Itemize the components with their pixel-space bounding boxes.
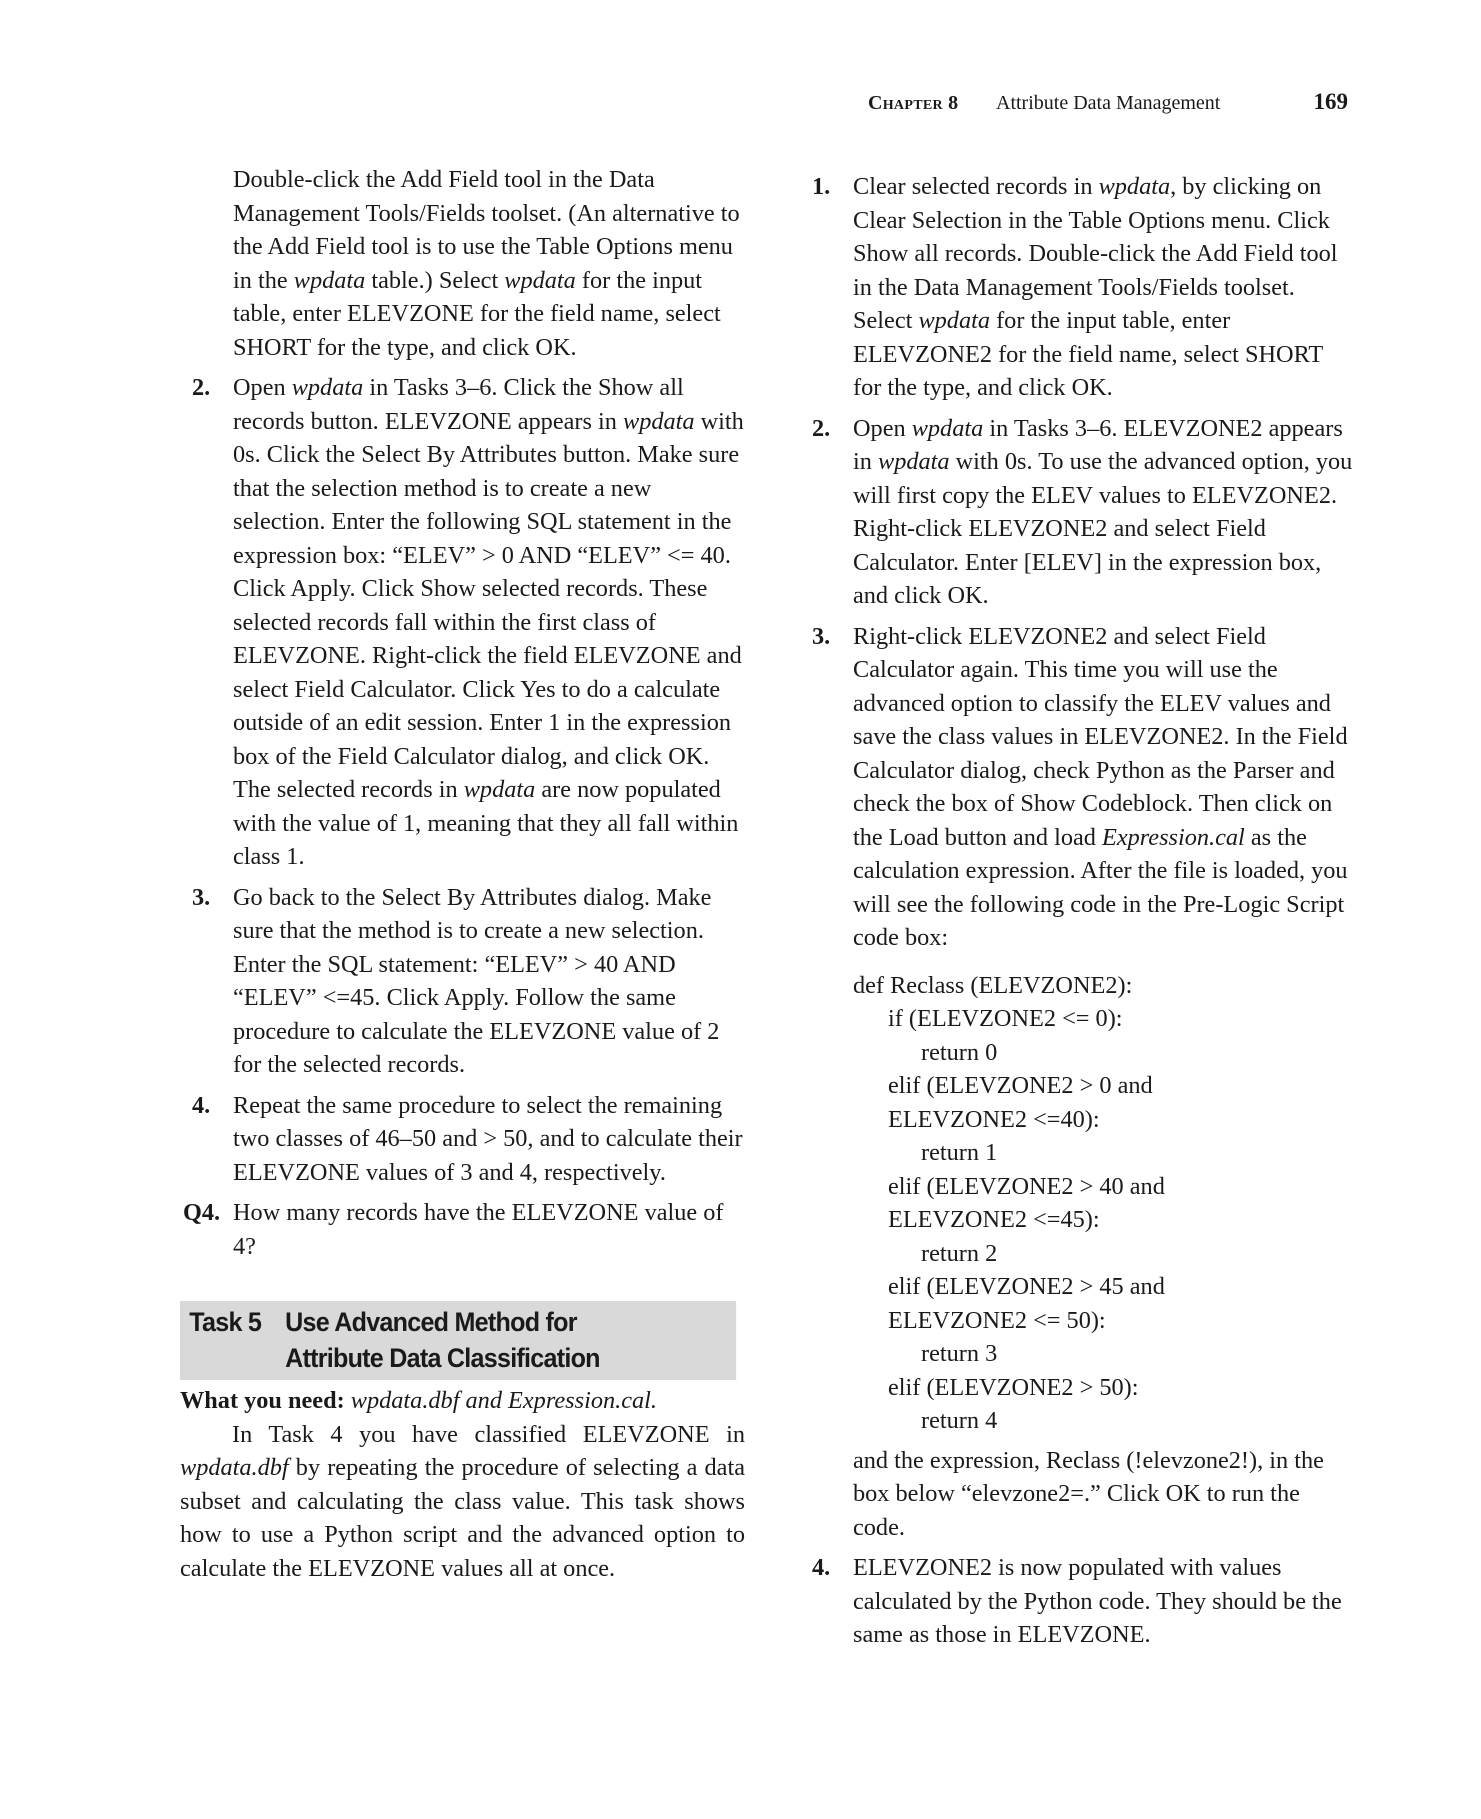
code-line: return 1 <box>853 1136 1355 1170</box>
step-text: How many records have the ELEVZONE value… <box>233 1196 745 1263</box>
step-number: 1. <box>812 170 830 204</box>
step-text: Clear selected records in wpdata, by cli… <box>853 170 1355 405</box>
step-number: 4. <box>812 1551 830 1585</box>
step-text: Open wpdata in Tasks 3–6. Click the Show… <box>233 371 745 874</box>
task-title-line-2: Attribute Data Classification <box>189 1340 728 1376</box>
code-line: return 0 <box>853 1036 1355 1070</box>
step-number: Q4. <box>183 1196 220 1230</box>
right-step-4: 4. ELEVZONE2 is now populated with value… <box>800 1551 1355 1652</box>
left-steps-list: 2.Open wpdata in Tasks 3–6. Click the Sh… <box>180 371 745 1263</box>
code-line: elif (ELEVZONE2 > 45 and <box>853 1270 1355 1304</box>
code-line: elif (ELEVZONE2 > 50): <box>853 1371 1355 1405</box>
step-text: Go back to the Select By Attributes dial… <box>233 881 745 1082</box>
page-number: 169 <box>1314 89 1349 115</box>
left-step-2: 3.Go back to the Select By Attributes di… <box>180 881 745 1082</box>
python-code-block: def Reclass (ELEVZONE2):if (ELEVZONE2 <=… <box>800 969 1355 1438</box>
code-line: ELEVZONE2 <=45): <box>853 1203 1355 1237</box>
step-text: Open wpdata in Tasks 3–6. ELEVZONE2 appe… <box>853 412 1355 613</box>
right-step-2: 2.Open wpdata in Tasks 3–6. ELEVZONE2 ap… <box>800 412 1355 613</box>
step-number: 2. <box>812 412 830 446</box>
what-you-need-value: wpdata.dbf and Expression.cal. <box>351 1387 657 1414</box>
code-line: return 4 <box>853 1404 1355 1438</box>
code-line: return 2 <box>853 1237 1355 1271</box>
step-text: ELEVZONE2 is now populated with values c… <box>853 1551 1355 1652</box>
task-intro-paragraph: In Task 4 you have classified ELEVZONE i… <box>180 1418 745 1586</box>
code-line: def Reclass (ELEVZONE2): <box>853 969 1355 1003</box>
right-column: 1.Clear selected records in wpdata, by c… <box>800 163 1355 1652</box>
task-heading-box: Task 5 Use Advanced Method for Attribute… <box>180 1301 736 1380</box>
after-code-paragraph: and the expression, Reclass (!elevzone2!… <box>800 1444 1355 1545</box>
running-header: Chapter 8 Attribute Data Management 169 <box>868 92 1348 122</box>
code-line: ELEVZONE2 <=40): <box>853 1103 1355 1137</box>
step-number: 3. <box>812 620 830 654</box>
code-line: if (ELEVZONE2 <= 0): <box>853 1002 1355 1036</box>
step-number: 2. <box>192 371 210 405</box>
chapter-label: Chapter 8 <box>868 92 958 115</box>
left-step-1: 2.Open wpdata in Tasks 3–6. Click the Sh… <box>180 371 745 874</box>
step-number: 4. <box>192 1089 210 1123</box>
code-line: ELEVZONE2 <= 50): <box>853 1304 1355 1338</box>
step-number: 3. <box>192 881 210 915</box>
task-title-line-1: Use Advanced Method for <box>189 1304 728 1340</box>
chapter-title: Attribute Data Management <box>996 92 1220 115</box>
step-1-continuation: Double-click the Add Field tool in the D… <box>180 163 745 364</box>
what-you-need: What you need: wpdata.dbf and Expression… <box>180 1384 745 1418</box>
code-line: elif (ELEVZONE2 > 40 and <box>853 1170 1355 1204</box>
left-step-4: Q4.How many records have the ELEVZONE va… <box>180 1196 745 1263</box>
right-step-3: 3.Right-click ELEVZONE2 and select Field… <box>800 620 1355 955</box>
right-step-1: 1.Clear selected records in wpdata, by c… <box>800 170 1355 405</box>
left-column: Double-click the Add Field tool in the D… <box>180 163 745 1585</box>
task-number: Task 5 <box>189 1304 261 1340</box>
step-text: Right-click ELEVZONE2 and select Field C… <box>853 620 1355 955</box>
what-you-need-label: What you need: <box>180 1387 345 1414</box>
left-step-3: 4.Repeat the same procedure to select th… <box>180 1089 745 1190</box>
right-steps-list: 1.Clear selected records in wpdata, by c… <box>800 170 1355 955</box>
step-text: Repeat the same procedure to select the … <box>233 1089 745 1190</box>
code-line: elif (ELEVZONE2 > 0 and <box>853 1069 1355 1103</box>
code-line: return 3 <box>853 1337 1355 1371</box>
